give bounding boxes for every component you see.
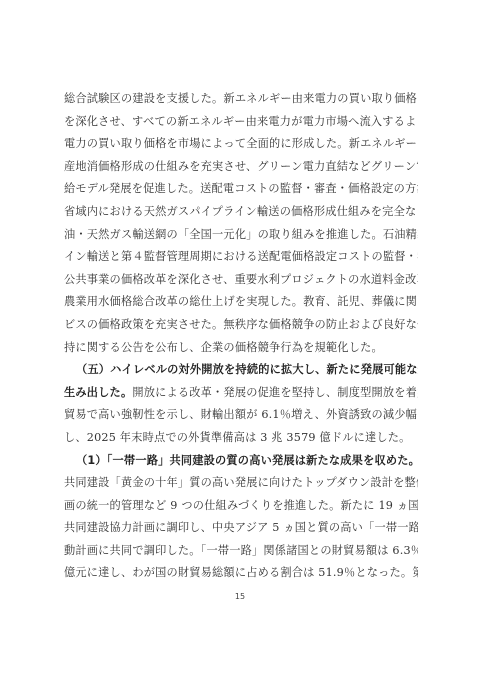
body-text: 総合試験区の建設を支援した。新エネルギー由来電力の買い取り価格の市場化改革 を深… [64, 89, 418, 586]
heading-text: （1）「一帯一路」共同建設の質の高い発展は新たな成果を収めた。 [76, 454, 418, 467]
text-line: 画の統一的管理など 9 つの仕組みづくりを推進した。新たに 19 ヵ国と「一帯一… [64, 496, 418, 519]
page-number: 15 [0, 592, 480, 601]
text-line: 公共事業の価格改革を深化させ、重要水利プロジェクトの水道料金改革を推し進め、 [64, 270, 418, 293]
text-line: 給モデル発展を促進した。送配電コストの監督・審査・価格設定の方法を改正した。 [64, 179, 418, 202]
body-text-span: 開放による改革・発展の促進を堅持し、制度型開放を着実に拡大し、 [132, 386, 418, 399]
document-page: 総合試験区の建設を支援した。新エネルギー由来電力の買い取り価格の市場化改革 を深… [0, 0, 480, 679]
text-line: 貿易で高い強靭性を示し、財輸出額が 6.1％増え、外資誘致の減少幅は顕著に縮小 [64, 405, 418, 428]
heading-text: （五）ハイレベルの対外開放を持続的に拡大し、新たに発展可能な余地を絶えず [76, 363, 418, 376]
text-line: 共同建設協力計画に調印し、中央アジア 5 ヵ国と質の高い「一帯一路」共同建設行 [64, 518, 418, 541]
text-line: を深化させ、すべての新エネルギー由来電力が電力市場へ流入するよう推し進め、 [64, 112, 418, 135]
text-line: し、2025 年末時点での外貨準備高は 3 兆 3579 億ドルに達した。 [64, 428, 418, 451]
text-line: 産地消価格形成の仕組みを充実させ、グリーン電力直結などグリーン電力の直接供 [64, 157, 418, 180]
text-line: 油・天然ガス輸送網の「全国一元化」の取り組みを推進した。石油精製品パイプラ [64, 225, 418, 248]
text-line: 省域内における天然ガスパイプライン輸送の価格形成仕組みを完全なものにし、石 [64, 202, 418, 225]
section-heading-5: （五）ハイレベルの対外開放を持続的に拡大し、新たに発展可能な余地を絶えず [64, 360, 418, 383]
text-line: 持に関する公告を公布し、企業の価格競争行為を規範化した。 [64, 338, 418, 361]
text-line: ビスの価格政策を充実させた。無秩序な価格競争の防止および良好な価格秩序の維 [64, 315, 418, 338]
text-line: 億元に達し、わが国の財貿易総額に占める割合は 51.9％となった。第 2 回中欧… [64, 563, 418, 586]
subsection-heading-1: （1）「一帯一路」共同建設の質の高い発展は新たな成果を収めた。「一帯一路」 [64, 451, 418, 474]
heading-text: 生み出した。 [64, 386, 132, 399]
text-line: 生み出した。開放による改革・発展の促進を堅持し、制度型開放を着実に拡大し、 [64, 383, 418, 406]
text-line: イン輸送と第４監督管理周期における送配電価格設定コストの監督・審査を行った。 [64, 247, 418, 270]
text-line: 電力の買い取り価格を市場によって全面的に形成した。新エネルギー由来電力の地 [64, 134, 418, 157]
text-line: 動計画に共同で調印した。「一帯一路」関係諸国との財貿易額は 6.3％増の 23 … [64, 541, 418, 564]
text-line: 共同建設「黄金の十年」質の高い発展に向けたトップダウン設計を整備し、協力計 [64, 473, 418, 496]
text-line: 総合試験区の建設を支援した。新エネルギー由来電力の買い取り価格の市場化改革 [64, 89, 418, 112]
text-line: 農業用水価格総合改革の総仕上げを実現した。教育、託児、葬儀に関する公共サー [64, 292, 418, 315]
